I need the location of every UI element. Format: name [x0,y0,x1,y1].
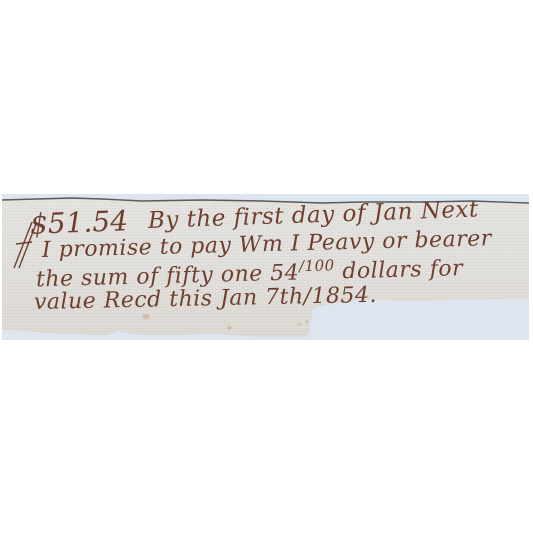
foxing-stain [227,326,232,330]
foxing-stain [305,320,308,323]
foxing-stain [142,314,150,319]
foxing-stain [298,323,301,326]
note-scan: $51.54 By the first day of Jan Next I pr… [0,0,533,533]
